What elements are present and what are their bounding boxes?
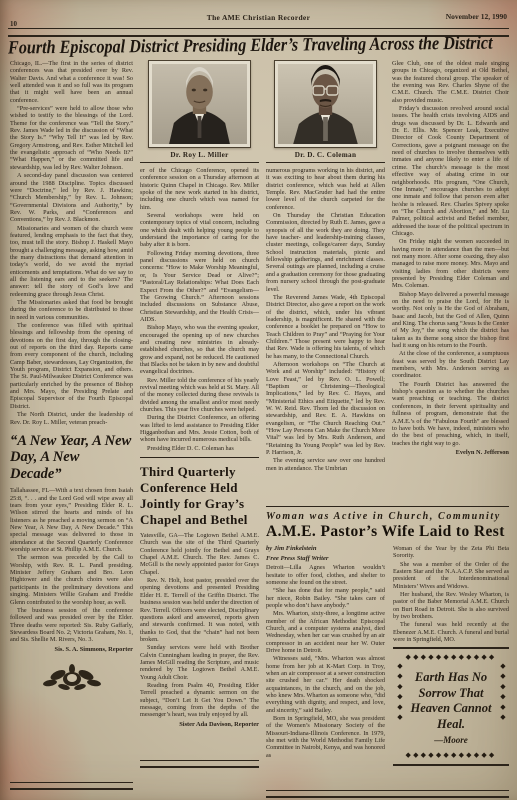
quote-border-top: ◆◆◆◆◆◆◆◆◆◆◆◆: [395, 653, 507, 662]
paragraph: The sermon was preceded by the Call to W…: [10, 554, 133, 605]
reporter-signature-simmons: Sis. S. A. Simmons, Reporter: [10, 646, 133, 653]
paragraph: Several workshops were held on contempor…: [140, 212, 259, 249]
paragraph: “She has done that for many people,” sai…: [266, 587, 385, 609]
paragraph: er of the Chicago Conference, opened its…: [140, 167, 259, 211]
conference-report-body: Glee Club, one of the oldest male singin…: [392, 60, 509, 447]
page-number: 10: [10, 20, 17, 28]
byline-title: Free Press Staff Writer: [266, 555, 385, 563]
article-district-conferences-body: Chicago, IL.—The first in the series of …: [10, 60, 133, 426]
paragraph: During the District Conference, an offer…: [140, 414, 259, 443]
paragraph: Yatesville, GA—The Logtown Bethel A.M.E.…: [140, 532, 259, 576]
new-year-article-title: “A New Year, A New Day, A New Decade”: [10, 433, 133, 483]
paragraph: The funeral was held recently at the Ebe…: [393, 621, 509, 643]
obituary-right-body: Woman of the Year by the Zeta Phi Beta S…: [393, 545, 509, 643]
paragraph: At the close of the conference, a sumptu…: [392, 350, 509, 379]
newspaper-page: The AME Christian Recorder November 12, …: [0, 0, 517, 800]
paragraph: Detroit—Lilla Agnes Wharton wouldn’t hes…: [266, 564, 385, 586]
quote-border-bottom: ◆◆◆◆◆◆◆◆◆◆◆◆: [395, 751, 507, 760]
reporter-signature-davison: Sister Ada Davison, Reporter: [140, 721, 259, 728]
paragraph: Chicago, IL.—The first in the series of …: [10, 60, 133, 104]
figure-dc-coleman: Dr. D. C. Coleman: [266, 60, 385, 163]
paragraph: “Pre-services” were held to allow those …: [10, 105, 133, 171]
obituary-left-body: Detroit—Lilla Agnes Wharton wouldn’t hes…: [266, 564, 385, 759]
paragraph: Reading from Psalm 40, Presiding Elder T…: [140, 682, 259, 719]
paragraph: Rev. Miller told the conference of his y…: [140, 377, 259, 414]
paragraph: Following Friday morning devotions, thre…: [140, 250, 259, 323]
new-year-article-body: Tallahassee, FL—With a text chosen from …: [10, 487, 133, 643]
paragraph: Bishop Mayo, who was the evening speaker…: [140, 324, 259, 375]
floral-ornament-icon: [10, 661, 133, 702]
third-quarterly-article-title: Third Quarterly Conference Held Jointly …: [140, 464, 259, 528]
paragraph: Presiding Elder D. C. Coleman has: [140, 445, 259, 452]
byline-author: by Jim Finkelstein: [266, 545, 385, 553]
paragraph: On Friday night the women succeeded in h…: [392, 238, 509, 289]
paragraph: The Fourth District has answered the bis…: [392, 381, 509, 447]
paragraph: The business session of the conference f…: [10, 607, 133, 644]
column2-bottom-rule: [140, 760, 259, 768]
paragraph: Sunday services were held with Brother C…: [140, 644, 259, 681]
paragraph: numerous programs working in his distric…: [266, 167, 385, 211]
paragraph: The evening service saw over one hundred…: [266, 457, 385, 472]
quote-border-left: ◆◆◆◆◆◆: [395, 662, 404, 751]
obituary-headline: A.M.E. Pastor’s Wife Laid to Rest: [266, 523, 509, 541]
paragraph: Missionaries and women of the church wer…: [10, 225, 133, 298]
paragraph: Friday’s discussion revolved around soci…: [392, 105, 509, 237]
masthead-title: The AME Christian Recorder: [0, 13, 517, 22]
column-4: Glee Club, one of the oldest male singin…: [392, 60, 509, 508]
quote-box: ◆◆◆◆◆◆◆◆◆◆◆◆ ◆◆◆◆◆◆ Earth Has No Sorrow …: [395, 653, 507, 760]
quote-box-bottom-rule: [393, 764, 509, 766]
paragraph: Woman of the Year by the Zeta Phi Beta S…: [393, 545, 509, 560]
portrait-photo-roy-miller: [148, 60, 251, 148]
obituary-section: Woman was Active in Church, Community A.…: [266, 506, 509, 794]
column-3: Dr. D. C. Coleman numerous programs work…: [266, 60, 385, 508]
paragraph: On Thursday the Christian Education Comm…: [266, 212, 385, 293]
paragraph: Afternoon workshops on “The Church at Wo…: [266, 361, 385, 456]
obituary-right-column: Woman of the Year by the Zeta Phi Beta S…: [393, 545, 509, 770]
paragraph: Mrs. Wharton, sixty-three, a longtime ac…: [266, 610, 385, 654]
coleman-article-body: numerous programs working in his distric…: [266, 167, 385, 472]
section-divider-rule: [266, 506, 509, 507]
photo-caption-dc-coleman: Dr. D. C. Coleman: [266, 148, 385, 160]
paragraph: The Missionaries asked that food be brou…: [10, 299, 133, 321]
issue-date: November 12, 1990: [446, 12, 507, 21]
paragraph: The North District, under the leadership…: [10, 411, 133, 426]
paragraph: The conference was filled with spiritual…: [10, 322, 133, 410]
quote-text: Earth Has No Sorrow That Heaven Cannot H…: [406, 670, 496, 732]
photo-caption-roy-miller: Dr. Roy L. Miller: [140, 148, 259, 160]
quote-border-right: ◆◆◆◆◆◆: [498, 662, 507, 751]
paragraph: She was a member of the Order of the Eas…: [393, 561, 509, 590]
paragraph: Her husband, the Rev. Wesley Wharton, is…: [393, 591, 509, 620]
paragraph: A second-day panel discussion was center…: [10, 172, 133, 223]
obituary-kicker: Woman was Active in Church, Community: [266, 511, 509, 522]
paragraph: Witnesses said, “Mrs. Wharton was almost…: [266, 655, 385, 714]
figure-roy-miller: Dr. Roy L. Miller: [140, 60, 259, 163]
portrait-photo-dc-coleman: [274, 60, 377, 148]
obituary-bottom-rule: [266, 790, 509, 798]
miller-article-continuation: er of the Chicago Conference, opened its…: [140, 167, 259, 452]
paragraph: The Reverend James Wade, 4th Episcopal D…: [266, 294, 385, 360]
reporter-signature-jefferson: Evelyn N. Jefferson: [392, 449, 509, 456]
column1-bottom-rule: [10, 782, 133, 790]
paragraph: Glee Club, one of the oldest male singin…: [392, 60, 509, 104]
main-headline: Fourth Episcopal District Presiding Elde…: [8, 32, 488, 59]
quote-attribution: —Moore: [406, 735, 496, 745]
article-divider-rule: [140, 457, 259, 458]
paragraph: Tallahassee, FL—With a text chosen from …: [10, 487, 133, 553]
column-1: Chicago, IL.—The first in the series of …: [10, 60, 133, 788]
column-2: Dr. Roy L. Miller er of the Chicago Conf…: [140, 60, 259, 762]
quote-box-top-rule: [393, 647, 509, 649]
paragraph: Bishop Mayo delivered a powerful message…: [392, 291, 509, 350]
paragraph: Born in Springfield, MO, she was preside…: [266, 715, 385, 759]
obituary-left-column: by Jim Finkelstein Free Press Staff Writ…: [266, 545, 385, 770]
third-quarterly-article-body: Yatesville, GA—The Logtown Bethel A.M.E.…: [140, 532, 259, 719]
paragraph: Rev. N. Holt, host pastor, presided over…: [140, 577, 259, 643]
